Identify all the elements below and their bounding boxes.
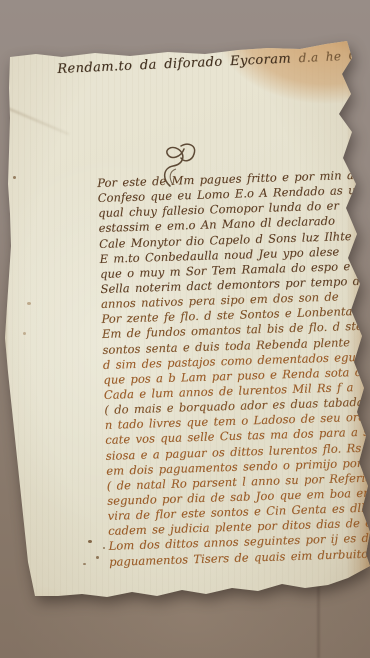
manuscript-paper: Rendam.to da diforado Eycoram d.a he Cor… [0, 0, 370, 658]
photo-backdrop: Rendam.to da diforado Eycoram d.a he Cor… [0, 0, 370, 658]
paper-edge-toning [0, 0, 370, 658]
paper-shadow: Rendam.to da diforado Eycoram d.a he Cor… [0, 0, 370, 658]
